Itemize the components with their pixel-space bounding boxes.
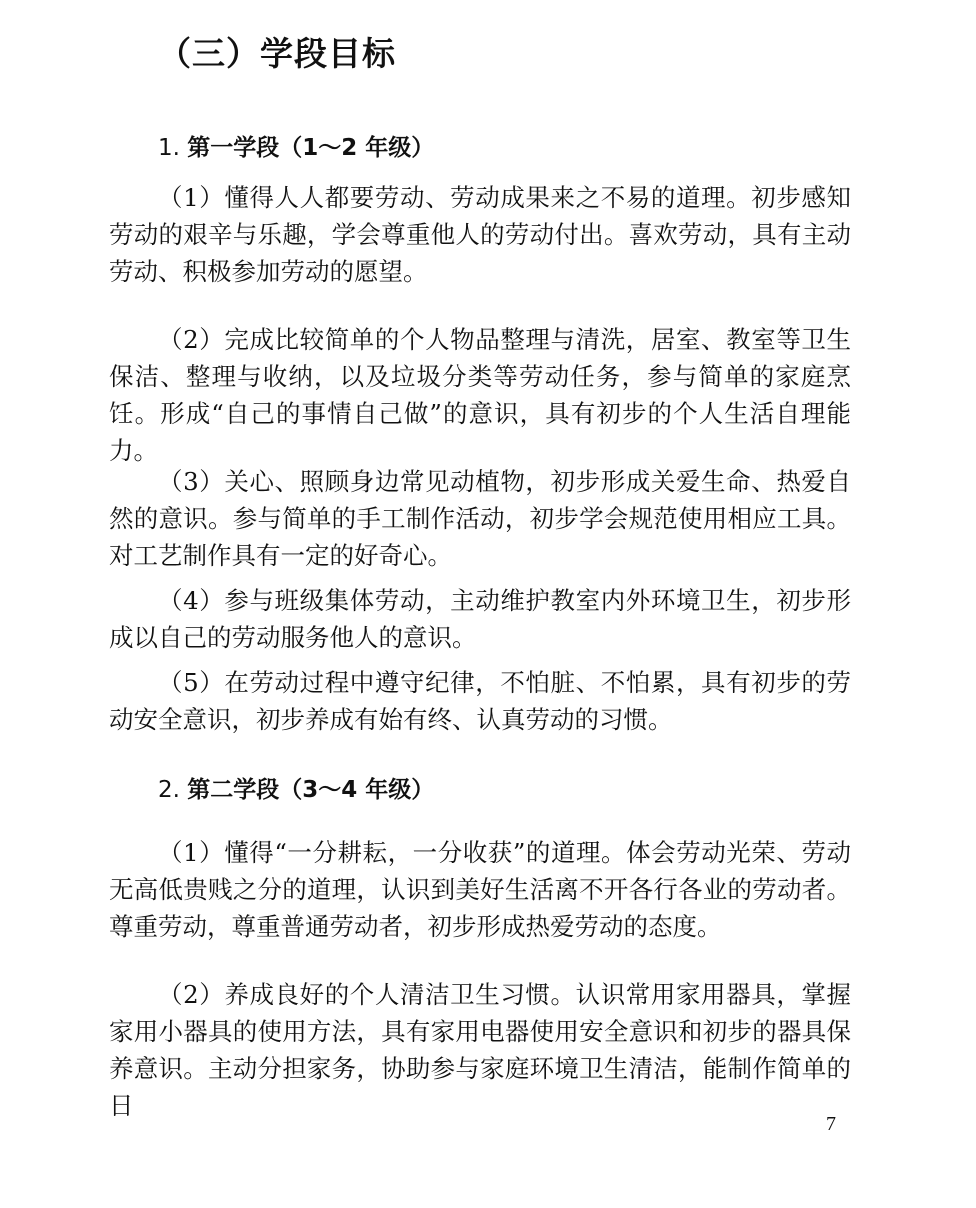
paragraph-stage1-item4: （4）参与班级集体劳动，主动维护教室内外环境卫生，初步形成以自己的劳动服务他人的… [109, 582, 851, 656]
document-page: （三）学段目标 1. 第一学段（1～2 年级） （1）懂得人人都要劳动、劳动成果… [0, 0, 976, 1208]
section-number: 2. [158, 777, 180, 803]
paragraph-stage1-item5: （5）在劳动过程中遵守纪律，不怕脏、不怕累，具有初步的劳动安全意识，初步养成有始… [109, 664, 851, 738]
paragraph-stage2-item1: （1）懂得“一分耕耘，一分收获”的道理。体会劳动光荣、劳动无高低贵贱之分的道理，… [109, 834, 851, 945]
page-title: （三）学段目标 [158, 30, 396, 78]
paragraph-stage1-item3: （3）关心、照顾身边常见动植物，初步形成关爱生命、热爱自然的意识。参与简单的手工… [109, 463, 851, 574]
section-number: 1. [158, 135, 180, 161]
paragraph-stage1-item1: （1）懂得人人都要劳动、劳动成果来之不易的道理。初步感知劳动的艰辛与乐趣，学会尊… [109, 179, 851, 290]
section-heading-stage-1: 1. 第一学段（1～2 年级） [158, 130, 434, 166]
section-title: 第二学段（3～4 年级） [187, 777, 434, 803]
paragraph-stage1-item2: （2）完成比较简单的个人物品整理与清洗，居室、教室等卫生保洁、整理与收纳，以及垃… [109, 321, 851, 469]
paragraph-stage2-item2: （2）养成良好的个人清洁卫生习惯。认识常用家用器具，掌握家用小器具的使用方法，具… [109, 976, 851, 1124]
page-number: 7 [826, 1110, 836, 1138]
section-title: 第一学段（1～2 年级） [187, 135, 434, 161]
section-heading-stage-2: 2. 第二学段（3～4 年级） [158, 772, 434, 808]
